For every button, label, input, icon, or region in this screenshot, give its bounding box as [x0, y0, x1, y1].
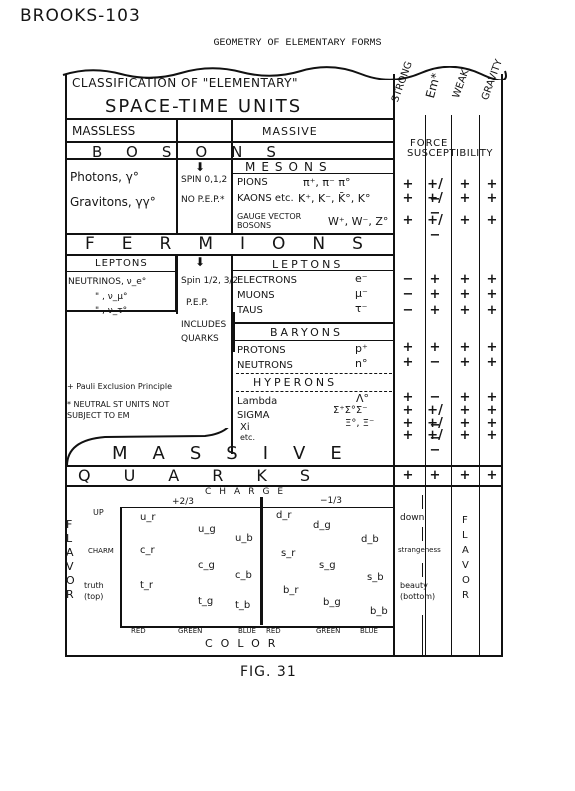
flavor-truth: truth (top) — [84, 580, 118, 602]
force-sign: + — [425, 303, 445, 318]
hyperon-symbol: Λ° — [356, 392, 369, 405]
force-sign: + — [398, 191, 418, 206]
force-sign: + — [482, 213, 502, 228]
quark-cell: s_b — [367, 572, 384, 583]
neutrino-tau: " , ν_τ° — [95, 306, 127, 316]
force-sign: + — [398, 355, 418, 370]
force-sign: + — [482, 468, 502, 483]
massive-label: MASSIVE — [262, 125, 318, 138]
meson-symbols: W⁺, W⁻, Z° — [328, 215, 388, 228]
hyperons-label: HYPERONS — [253, 376, 337, 389]
quark-cell: t_r — [140, 580, 153, 591]
force-sign: + — [455, 468, 475, 483]
color-label: GREEN — [316, 627, 340, 635]
flavor-strangeness: strangeness — [398, 546, 441, 554]
mesons-label: MESONS — [245, 160, 333, 174]
flavor-charm: CHARM — [88, 547, 114, 555]
flavor-label-left: FLAVOR — [66, 518, 78, 602]
boson-spin-note: SPIN 0,1,2 — [181, 175, 227, 185]
quark-cell: b_r — [283, 585, 298, 596]
baryon-name: NEUTRONS — [237, 360, 293, 371]
force-sign: + — [482, 428, 502, 443]
color-label: RED — [266, 627, 281, 635]
charge-minus: −1/3 — [320, 496, 342, 506]
flavor-down: down — [400, 513, 424, 523]
quark-cell: c_r — [140, 545, 155, 556]
force-sign: − — [398, 272, 418, 287]
quark-cell: u_b — [235, 533, 253, 544]
footnote-pauli: + Pauli Exclusion Principle — [67, 382, 172, 391]
force-sign: + — [482, 355, 502, 370]
quark-cell: s_g — [319, 560, 336, 571]
baryon-name: PROTONS — [237, 345, 286, 356]
force-sign: + — [425, 340, 445, 355]
force-sign: + — [482, 303, 502, 318]
force-sign: + — [455, 303, 475, 318]
lepton-symbol: τ⁻ — [355, 302, 367, 315]
color-label: BLUE — [238, 627, 256, 635]
massive-banner: MASSIVE — [112, 443, 367, 464]
color-label: RED — [131, 627, 146, 635]
boson-pep-note: NO P.E.P.* — [181, 195, 225, 205]
force-sign: + — [425, 468, 445, 483]
lepton-name: ELECTRONS — [237, 275, 297, 286]
force-sign: + — [482, 340, 502, 355]
force-sign: + — [425, 272, 445, 287]
force-sign: + — [455, 287, 475, 302]
quark-cell: d_b — [361, 534, 379, 545]
baryons-label: BARYONS — [270, 326, 343, 339]
meson-symbols: K⁺, K⁻, K̄°, K° — [298, 192, 370, 205]
quark-cell: t_g — [198, 596, 213, 607]
force-sign: + — [398, 340, 418, 355]
force-sign: − — [425, 355, 445, 370]
force-sign: + — [398, 177, 418, 192]
force-sign: + — [455, 177, 475, 192]
neutrino-mu: " , ν_μ° — [95, 292, 127, 302]
table-heading-line2: SPACE-TIME UNITS — [105, 96, 302, 117]
quarks-banner: QUARKS — [78, 466, 343, 485]
fermion-spin-note: Spin 1/2, 3/2 — [181, 276, 238, 286]
force-sign: + — [482, 287, 502, 302]
quark-cell: t_b — [235, 600, 250, 611]
quark-cell: b_b — [370, 606, 388, 617]
hyperon-name: Lambda — [237, 396, 277, 407]
down-arrow-icon: ⬇ — [195, 160, 205, 174]
footnote-neutral: * NEUTRAL ST UNITS NOT SUBJECT TO EM — [67, 399, 182, 421]
color-axis-label: COLOR — [205, 637, 283, 650]
lepton-name: TAUS — [237, 305, 263, 316]
fermion-pep-note: P.E.P. — [186, 298, 208, 308]
meson-name: GAUGE VECTOR BOSONS — [237, 212, 305, 230]
force-sign: + — [455, 428, 475, 443]
lepton-name: MUONS — [237, 290, 275, 301]
charge-label: CHARGE — [205, 487, 291, 497]
quark-cell: d_g — [313, 520, 331, 531]
force-sign: + — [455, 213, 475, 228]
meson-name: KAONS etc. — [237, 193, 294, 204]
flavor-beauty: beauty (bottom) — [400, 580, 448, 602]
quark-cell: s_r — [281, 548, 295, 559]
force-sign: − — [398, 287, 418, 302]
force-sign: + — [455, 272, 475, 287]
force-sign: + — [425, 287, 445, 302]
left-leptons-label: LEPTONS — [95, 258, 148, 269]
quark-cell: c_b — [235, 570, 252, 581]
force-sign: + — [482, 177, 502, 192]
color-label: GREEN — [178, 627, 202, 635]
force-sign: + — [482, 272, 502, 287]
force-sign: + — [398, 428, 418, 443]
flavor-label-right: FLAVOR — [462, 513, 472, 603]
down-arrow-icon: ⬇ — [195, 255, 205, 269]
gravitons-entry: Gravitons, γγ° — [70, 195, 156, 209]
force-sign: +/− — [425, 213, 445, 243]
fermions-banner: FERMIONS — [85, 234, 390, 254]
meson-name: PIONS — [237, 177, 268, 188]
hyperon-symbol: Σ⁺Σ°Σ⁻ — [333, 405, 368, 416]
photons-entry: Photons, γ° — [70, 170, 139, 184]
force-sign: + — [398, 213, 418, 228]
lepton-symbol: e⁻ — [355, 272, 368, 285]
charge-plus: +2/3 — [172, 497, 194, 507]
quark-cell: d_r — [276, 510, 291, 521]
table-heading-line1: CLASSIFICATION OF "ELEMENTARY" — [72, 76, 298, 90]
hyperon-name: SIGMA — [237, 410, 270, 421]
force-sign: + — [455, 191, 475, 206]
baryon-symbol: p⁺ — [355, 342, 368, 355]
flavor-up: UP — [93, 508, 104, 517]
baryon-symbol: n° — [355, 357, 367, 370]
massless-label: MASSLESS — [72, 124, 135, 138]
page-title: GEOMETRY OF ELEMENTARY FORMS — [0, 38, 575, 49]
quark-cell: u_r — [140, 512, 155, 523]
quark-cell: b_g — [323, 597, 341, 608]
force-sign: + — [398, 468, 418, 483]
force-sign: +/− — [425, 428, 445, 458]
force-sign: + — [482, 191, 502, 206]
figure-caption: FIG. 31 — [240, 664, 297, 680]
meson-symbols: π⁺, π⁻ π° — [303, 176, 350, 189]
lepton-symbol: μ⁻ — [355, 287, 368, 300]
force-sign: + — [455, 340, 475, 355]
color-label: BLUE — [360, 627, 378, 635]
force-sign: + — [455, 355, 475, 370]
neutrino-e: NEUTRINOS, ν_e° — [68, 277, 146, 287]
document-code: BROOKS-103 — [20, 6, 141, 26]
quark-grid — [120, 507, 395, 628]
quark-cell: c_g — [198, 560, 215, 571]
force-sign: − — [398, 303, 418, 318]
force-label-line2: SUSCEPTIBILITY — [407, 148, 493, 159]
quark-cell: u_g — [198, 524, 216, 535]
